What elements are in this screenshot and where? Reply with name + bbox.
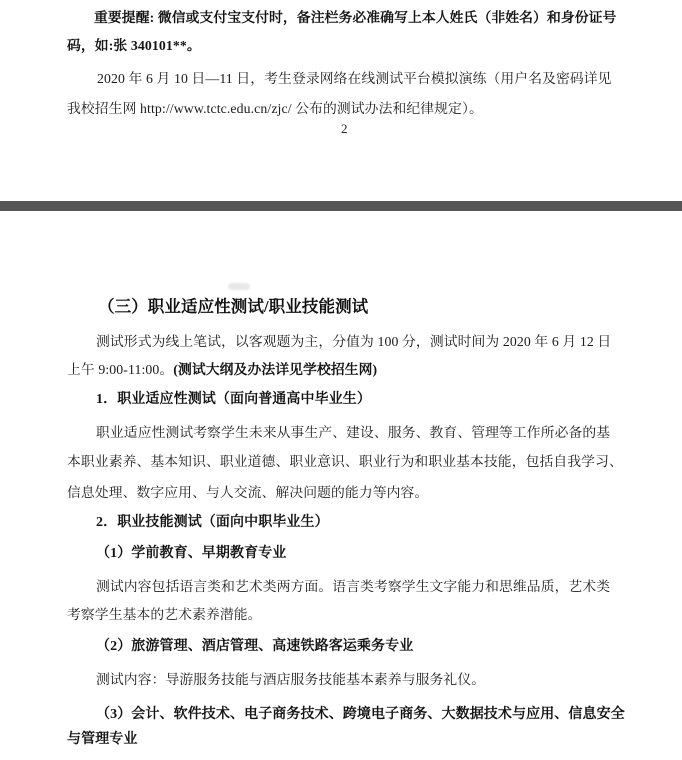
subheading-2-skill-test: 2．职业技能测试（面向中职毕业生） bbox=[96, 513, 329, 533]
aptitude-test-desc-line-3: 信息处理、数字应用、与人交流、解决问题的能力等内容。 bbox=[67, 483, 428, 503]
important-notice-line-2: 码，如:张 340101**。 bbox=[67, 36, 201, 56]
aptitude-test-desc-line-1: 职业适应性测试考察学生未来从事生产、建设、服务、教育、管理等工作所必备的基 bbox=[96, 423, 610, 443]
major-2-heading-tourism-hotel-rail: （2）旅游管理、酒店管理、高速铁路客运乘务专业 bbox=[96, 637, 413, 657]
major-1-desc-line-1: 测试内容包括语言类和艺术类两方面。语言类考察学生文字能力和思维品质，艺术类 bbox=[96, 577, 610, 597]
major-3-heading-line-1: （3）会计、软件技术、电子商务技术、跨境电子商务、大数据技术与应用、信息安全 bbox=[96, 705, 625, 725]
subheading-1-aptitude-test: 1．职业适应性测试（面向普通高中毕业生） bbox=[96, 390, 371, 410]
important-notice-line-1: 重要提醒: 微信或支付宝支付时，备注栏务必准确写上本人姓氏（非姓名）和身份证号 bbox=[94, 8, 616, 28]
document-page-view: 重要提醒: 微信或支付宝支付时，备注栏务必准确写上本人姓氏（非姓名）和身份证号 … bbox=[0, 0, 682, 760]
major-1-heading-preschool-education: （1）学前教育、早期教育专业 bbox=[96, 544, 286, 564]
major-3-heading-line-2: 与管理专业 bbox=[67, 730, 138, 750]
rehearsal-paragraph-line-2: 我校招生网 http://www.tctc.edu.cn/zjc/ 公布的测试办… bbox=[67, 99, 483, 119]
page-number: 2 bbox=[341, 121, 348, 137]
section-heading-aptitude-skill-test: （三）职业适应性测试/职业技能测试 bbox=[98, 297, 368, 317]
major-2-desc-line-1: 测试内容：导游服务技能与酒店服务技能基本素养与服务礼仪。 bbox=[96, 670, 485, 690]
aptitude-test-desc-line-2: 本职业素养、基本知识、职业道德、职业意识、职业行为和职业基本技能，包括自我学习、 bbox=[67, 452, 623, 472]
test-format-line-2: 上午 9:00-11:00。(测试大纲及办法详见学校招生网) bbox=[67, 360, 377, 380]
rehearsal-paragraph-line-1: 2020 年 6 月 10 日—11 日，考生登录网络在线测试平台模拟演练（用户… bbox=[97, 69, 612, 89]
major-1-desc-line-2: 考察学生基本的艺术素养潜能。 bbox=[67, 605, 262, 625]
syllabus-note-bold-text: (测试大纲及办法详见学校招生网) bbox=[173, 362, 377, 377]
test-format-line-1: 测试形式为线上笔试，以客观题为主，分值为 100 分，测试时间为 2020 年 … bbox=[96, 332, 611, 352]
scan-artifact bbox=[228, 283, 250, 290]
test-time-text: 上午 9:00-11:00。 bbox=[67, 362, 173, 377]
page-separator-band bbox=[0, 201, 682, 211]
